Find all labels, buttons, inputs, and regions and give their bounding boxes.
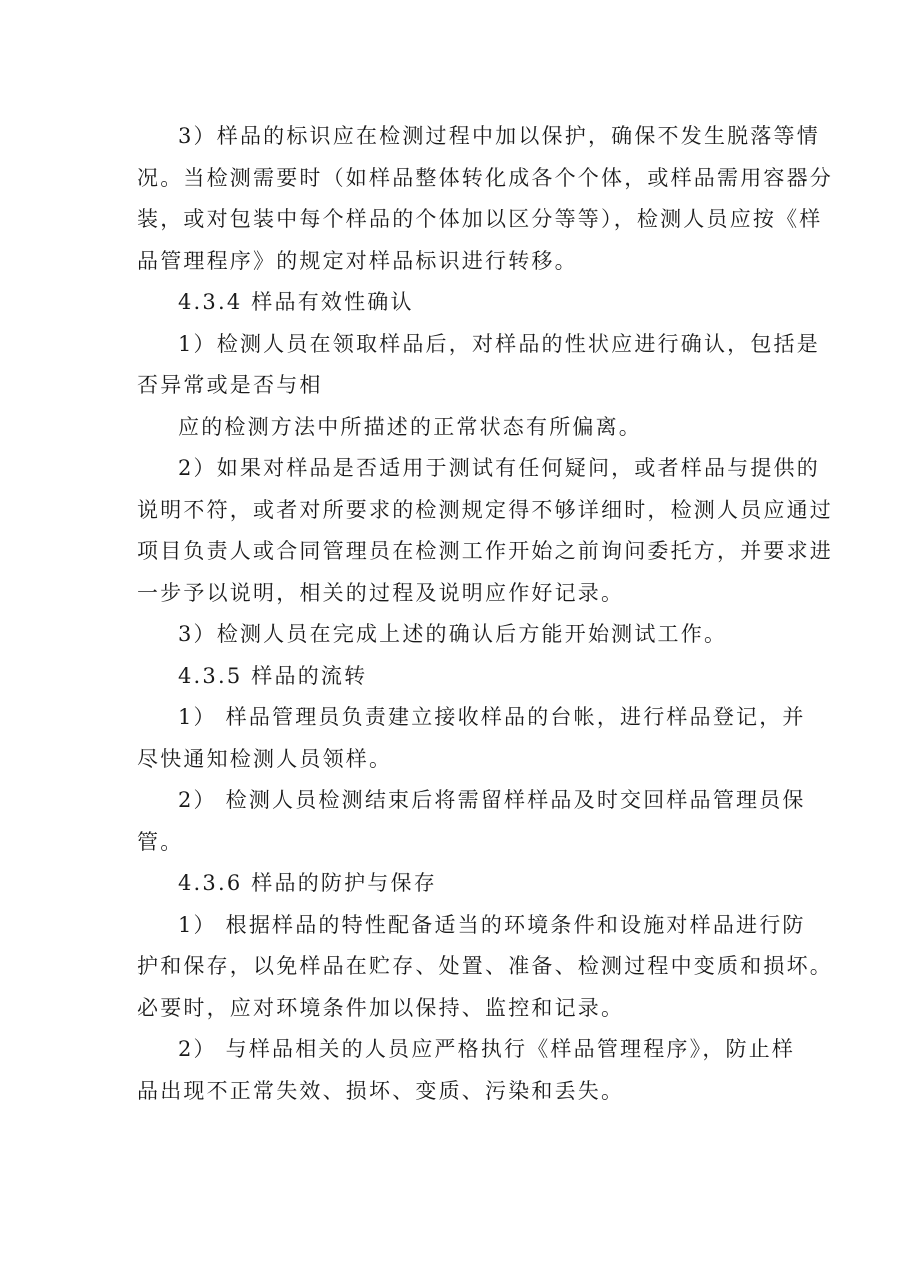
section-heading-4-3-6: 4.3.6 样品的防护与保存 — [137, 863, 765, 905]
paragraph-1-confirm-line-1: 1）检测人员在领取样品后，对样品的性状应进行确认，包括是 — [137, 324, 765, 366]
section-heading-4-3-4: 4.3.4 样品有效性确认 — [137, 282, 765, 324]
paragraph-2-doubt-line-3: 项目负责人或合同管理员在检测工作开始之前询问委托方，并要求进 — [137, 531, 765, 573]
paragraph-3-label-protection-line-4: 品管理程序》的规定对样品标识进行转移。 — [137, 241, 765, 283]
paragraph-2-procedure-line-1: 2） 与样品相关的人员应严格执行《样品管理程序》，防止样 — [137, 1029, 765, 1071]
paragraph-2-doubt-line-1: 2）如果对样品是否适用于测试有任何疑问，或者样品与提供的 — [137, 448, 765, 490]
document-page: 3）样品的标识应在检测过程中加以保护，确保不发生脱落等情 况。当检测需要时（如样… — [137, 116, 765, 1112]
paragraph-3-start-testing: 3）检测人员在完成上述的确认后方能开始测试工作。 — [137, 614, 765, 656]
paragraph-1-storage-line-2: 护和保存，以免样品在贮存、处置、准备、检测过程中变质和损坏。 — [137, 946, 765, 988]
section-heading-4-3-5: 4.3.5 样品的流转 — [137, 656, 765, 698]
paragraph-2-doubt-line-4: 一步予以说明，相关的过程及说明应作好记录。 — [137, 573, 765, 615]
paragraph-3-label-protection-line-1: 3）样品的标识应在检测过程中加以保护，确保不发生脱落等情 — [137, 116, 765, 158]
paragraph-3-label-protection-line-3: 装，或对包装中每个样品的个体加以区分等等），检测人员应按《样 — [137, 199, 765, 241]
paragraph-1-storage-line-1: 1） 根据样品的特性配备适当的环境条件和设施对样品进行防 — [137, 905, 765, 947]
paragraph-1-confirm-line-2: 否异常或是否与相 — [137, 365, 765, 407]
paragraph-1-storage-line-3: 必要时，应对环境条件加以保持、监控和记录。 — [137, 988, 765, 1030]
paragraph-1-ledger-line-2: 尽快通知检测人员领样。 — [137, 739, 765, 781]
paragraph-2-return-line-1: 2） 检测人员检测结束后将需留样样品及时交回样品管理员保 — [137, 780, 765, 822]
paragraph-2-doubt-line-2: 说明不符，或者对所要求的检测规定得不够详细时，检测人员应通过 — [137, 490, 765, 532]
paragraph-2-return-line-2: 管。 — [137, 822, 765, 864]
paragraph-3-label-protection-line-2: 况。当检测需要时（如样品整体转化成各个个体，或样品需用容器分 — [137, 158, 765, 200]
paragraph-2-procedure-line-2: 品出现不正常失效、损坏、变质、污染和丢失。 — [137, 1071, 765, 1113]
paragraph-1-confirm-line-3: 应的检测方法中所描述的正常状态有所偏离。 — [137, 407, 765, 449]
paragraph-1-ledger-line-1: 1） 样品管理员负责建立接收样品的台帐，进行样品登记，并 — [137, 697, 765, 739]
